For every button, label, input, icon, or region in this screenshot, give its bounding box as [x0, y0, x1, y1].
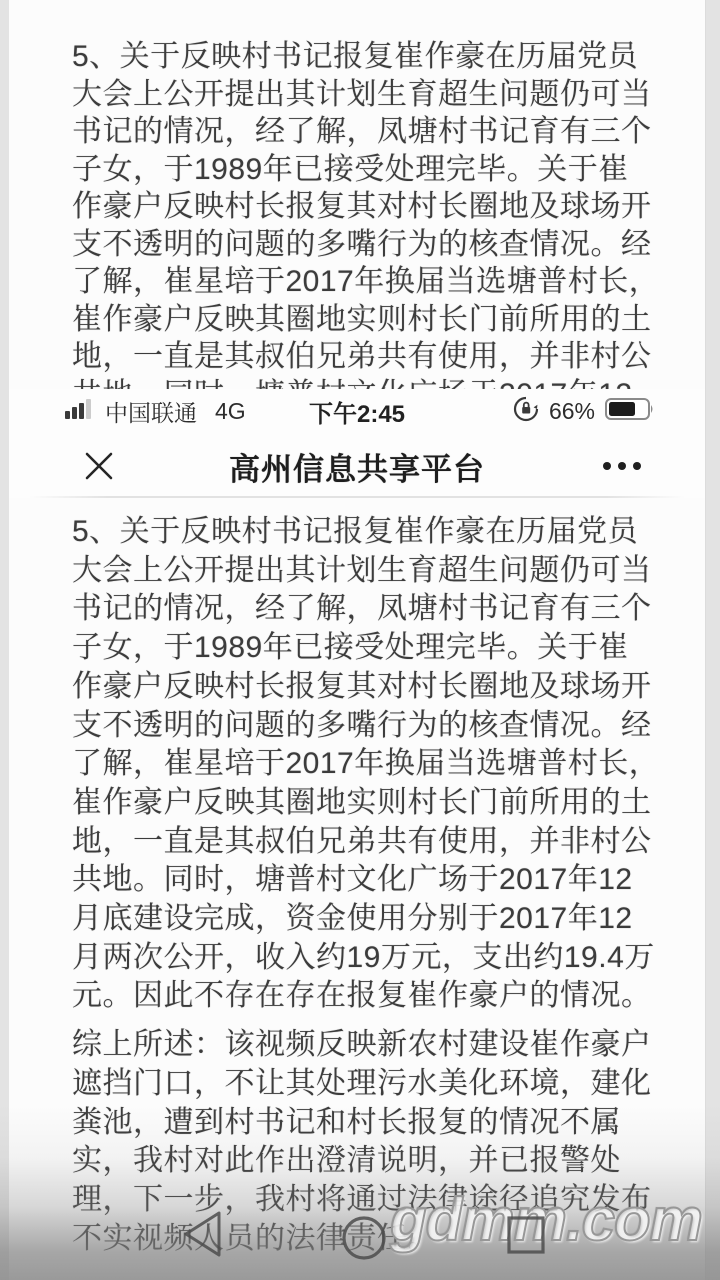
document-line: 大会上公开提出其计划生育超生问题仍可当 [72, 552, 672, 591]
excerpt-line: 共地。同时，塘普村文化广场于2017年12 [72, 376, 658, 390]
document-line: 书记的情况，经了解，凤塘村书记育有三个 [72, 590, 672, 629]
battery-percent-label: 66% [549, 398, 595, 425]
document-line: 月两次公开，收入约19万元，支出约19.4万 [72, 939, 672, 978]
document-line: 粪池，遭到村书记和村长报复的情况不属 [72, 1104, 672, 1143]
close-button[interactable] [81, 448, 117, 484]
more-dots-icon [603, 462, 611, 470]
document-paragraph-1: 5、关于反映村书记报复崔作豪在历届党员 大会上公开提出其计划生育超生问题仍可当 … [72, 513, 672, 1016]
document-line: 子女，于1989年已接受处理完毕。关于崔 [72, 629, 672, 668]
home-circle-icon [340, 1214, 388, 1262]
excerpt-line: 子女，于1989年已接受处理完毕。关于崔 [72, 151, 658, 189]
document-line: 实，我村对此作出澄清说明，并已报警处 [72, 1142, 672, 1181]
document-line: 共地。同时，塘普村文化广场于2017年12 [72, 861, 672, 900]
document-line: 了解，崔星培于2017年换届当选塘普村长， [72, 745, 672, 784]
status-bar: 中国联通 4G 下午2:45 66% [9, 389, 705, 434]
back-triangle-icon [181, 1210, 223, 1258]
excerpt-line: 大会上公开提出其计划生育超生问题仍可当 [72, 76, 658, 114]
page-title: 高州信息共享平台 [229, 444, 485, 489]
excerpt-line: 支不透明的问题的多嘴行为的核查情况。经 [72, 226, 658, 264]
android-recents-button[interactable] [505, 1214, 547, 1256]
android-back-button[interactable] [181, 1210, 223, 1258]
excerpt-line: 5、关于反映村书记报复崔作豪在历届党员 [72, 38, 658, 76]
document-line: 综上所述：该视频反映新农村建设崔作豪户 [72, 1026, 672, 1065]
carrier-label: 中国联通 [105, 395, 197, 428]
status-left: 中国联通 4G [65, 395, 246, 428]
close-icon [81, 448, 117, 484]
network-label: 4G [215, 398, 246, 425]
more-menu-button[interactable] [597, 450, 647, 482]
document-line: 月底建设完成，资金使用分别于2017年12 [72, 900, 672, 939]
phone-screen: 5、关于反映村书记报复崔作豪在历届党员 大会上公开提出其计划生育超生问题仍可当 … [9, 0, 706, 1280]
excerpt-line: 崔作豪户反映其圈地实则村长门前所用的土 [72, 301, 658, 339]
document-line: 支不透明的问题的多嘴行为的核查情况。经 [72, 707, 672, 746]
battery-icon [605, 397, 655, 427]
excerpt-line: 作豪户反映村长报复其对村长圈地及球场开 [72, 188, 658, 226]
navbar-separator [29, 496, 685, 498]
excerpt-line: 地，一直是其叔伯兄弟共有使用，并非村公 [72, 338, 658, 376]
document-line: 作豪户反映村长报复其对村长圈地及球场开 [72, 668, 672, 707]
document-line: 崔作豪户反映其圈地实则村长门前所用的土 [72, 784, 672, 823]
status-right: 66% [513, 396, 655, 428]
recents-square-icon [505, 1214, 547, 1256]
document-line: 地，一直是其叔伯兄弟共有使用，并非村公 [72, 823, 672, 862]
android-home-button[interactable] [340, 1214, 388, 1262]
status-time: 下午2:45 [309, 394, 405, 429]
orientation-lock-icon [513, 396, 539, 428]
signal-bars-icon [65, 398, 95, 426]
top-excerpt-section: 5、关于反映村书记报复崔作豪在历届党员 大会上公开提出其计划生育超生问题仍可当 … [9, 0, 705, 389]
browser-nav-bar: 高州信息共享平台 [9, 434, 705, 498]
document-line: 5、关于反映村书记报复崔作豪在历届党员 [72, 513, 672, 552]
excerpt-line: 了解，崔星培于2017年换届当选塘普村长， [72, 263, 658, 301]
top-excerpt-text: 5、关于反映村书记报复崔作豪在历届党员 大会上公开提出其计划生育超生问题仍可当 … [72, 38, 658, 389]
document-body: 5、关于反映村书记报复崔作豪在历届党员 大会上公开提出其计划生育超生问题仍可当 … [72, 499, 672, 1258]
excerpt-line: 书记的情况，经了解，凤塘村书记育有三个 [72, 113, 658, 151]
document-line: 遮挡门口，不让其处理污水美化环境，建化 [72, 1065, 672, 1104]
document-line: 元。因此不存在存在报复崔作豪户的情况。 [72, 977, 672, 1016]
